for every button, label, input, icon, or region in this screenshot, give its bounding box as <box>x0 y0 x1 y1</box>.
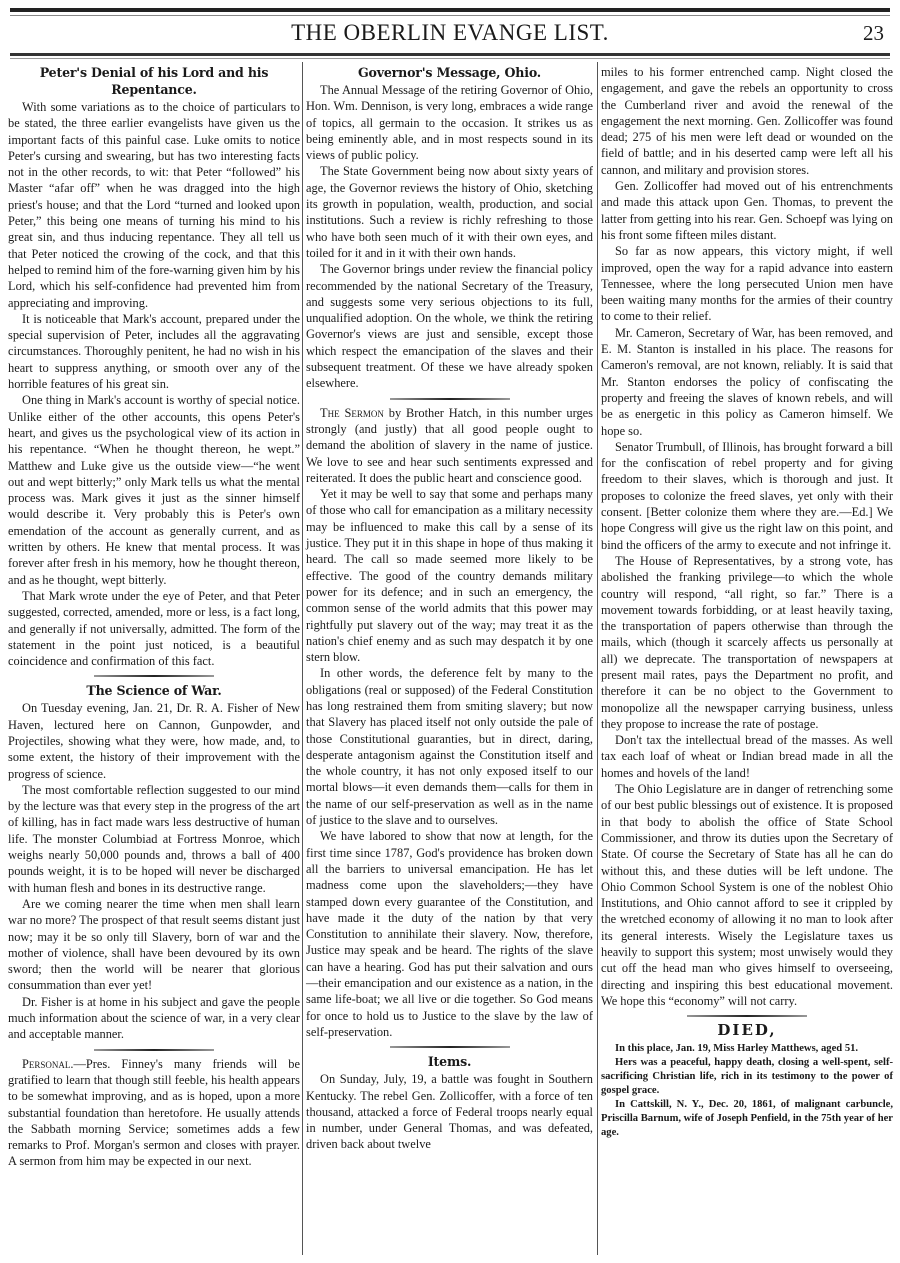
page-number: 23 <box>863 18 884 48</box>
article-paragraph: With some variations as to the choice of… <box>8 99 300 311</box>
obituary-entry: In Cattskill, N. Y., Dec. 20, 1861, of m… <box>601 1098 893 1140</box>
article-paragraph: The Ohio Legislature are in danger of re… <box>601 781 893 1009</box>
article-paragraph: The House of Representatives, by a stron… <box>601 553 893 732</box>
article-paragraph: The Governor brings under review the fin… <box>306 261 593 391</box>
article-paragraph: The most comfortable reflection suggeste… <box>8 782 300 896</box>
article-paragraph: So far as now appears, this victory migh… <box>601 243 893 324</box>
article-paragraph: It is noticeable that Mark's account, pr… <box>8 311 300 392</box>
section-separator <box>687 1015 807 1017</box>
masthead-bottom-rule <box>10 53 890 56</box>
top-rule-thin <box>10 15 890 16</box>
obituary-entry: In this place, Jan. 19, Miss Harley Matt… <box>601 1042 893 1056</box>
article-paragraph: Don't tax the intellectual bread of the … <box>601 732 893 781</box>
article-paragraph: That Mark wrote under the eye of Peter, … <box>8 588 300 669</box>
section-separator <box>94 1049 214 1051</box>
column-divider <box>597 62 598 1255</box>
article-paragraph: The State Government being now about six… <box>306 163 593 261</box>
article-paragraph: Mr. Cameron, Secretary of War, has been … <box>601 325 893 439</box>
column-3: miles to his former entrenched camp. Nig… <box>601 64 893 1140</box>
article-paragraph: Senator Trumbull, of Illinois, has broug… <box>601 439 893 553</box>
column-2: Governor's Message, Ohio. The Annual Mes… <box>306 64 593 1153</box>
column-divider <box>302 62 303 1255</box>
section-separator <box>390 398 510 400</box>
article-paragraph: Dr. Fisher is at home in his subject and… <box>8 994 300 1043</box>
article-paragraph: On Sunday, July, 19, a battle was fought… <box>306 1071 593 1152</box>
obituary-entry: Hers was a peaceful, happy death, closin… <box>601 1056 893 1098</box>
sermon-paragraph: The Sermon by Brother Hatch, in this num… <box>306 405 593 486</box>
article-paragraph: The Annual Message of the retiring Gover… <box>306 82 593 163</box>
article-title: The Science of War. <box>8 682 300 699</box>
personal-notice: Personal.—Pres. Finney's many friends wi… <box>8 1056 300 1170</box>
article-paragraph: Yet it may be well to say that some and … <box>306 486 593 665</box>
top-rule <box>10 8 890 12</box>
section-separator <box>390 1046 510 1048</box>
section-separator <box>94 675 214 677</box>
article-paragraph: One thing in Mark's account is worthy of… <box>8 392 300 588</box>
masthead-bottom-rule-thin <box>10 58 890 59</box>
article-paragraph: In other words, the deference felt by ma… <box>306 665 593 828</box>
article-title: Items. <box>306 1053 593 1070</box>
article-paragraph: On Tuesday evening, Jan. 21, Dr. R. A. F… <box>8 700 300 781</box>
obituaries-heading: DIED, <box>601 1022 893 1038</box>
article-paragraph: miles to his former entrenched camp. Nig… <box>601 64 893 178</box>
article-title: Governor's Message, Ohio. <box>306 64 593 81</box>
article-paragraph: Gen. Zollicoffer had moved out of his en… <box>601 178 893 243</box>
personal-text: —Pres. Finney's many friends will be gra… <box>8 1057 300 1169</box>
article-title: Peter's Denial of his Lord and his Repen… <box>8 64 300 98</box>
personal-lead: Personal. <box>22 1057 74 1071</box>
masthead: THE OBERLIN EVANGE LIST. <box>0 18 900 48</box>
sermon-lead: The Sermon <box>320 406 384 420</box>
column-1: Peter's Denial of his Lord and his Repen… <box>8 64 300 1170</box>
article-paragraph: We have labored to show that now at leng… <box>306 828 593 1040</box>
article-paragraph: Are we coming nearer the time when men s… <box>8 896 300 994</box>
newspaper-title: THE OBERLIN EVANGE LIST. <box>291 20 609 45</box>
